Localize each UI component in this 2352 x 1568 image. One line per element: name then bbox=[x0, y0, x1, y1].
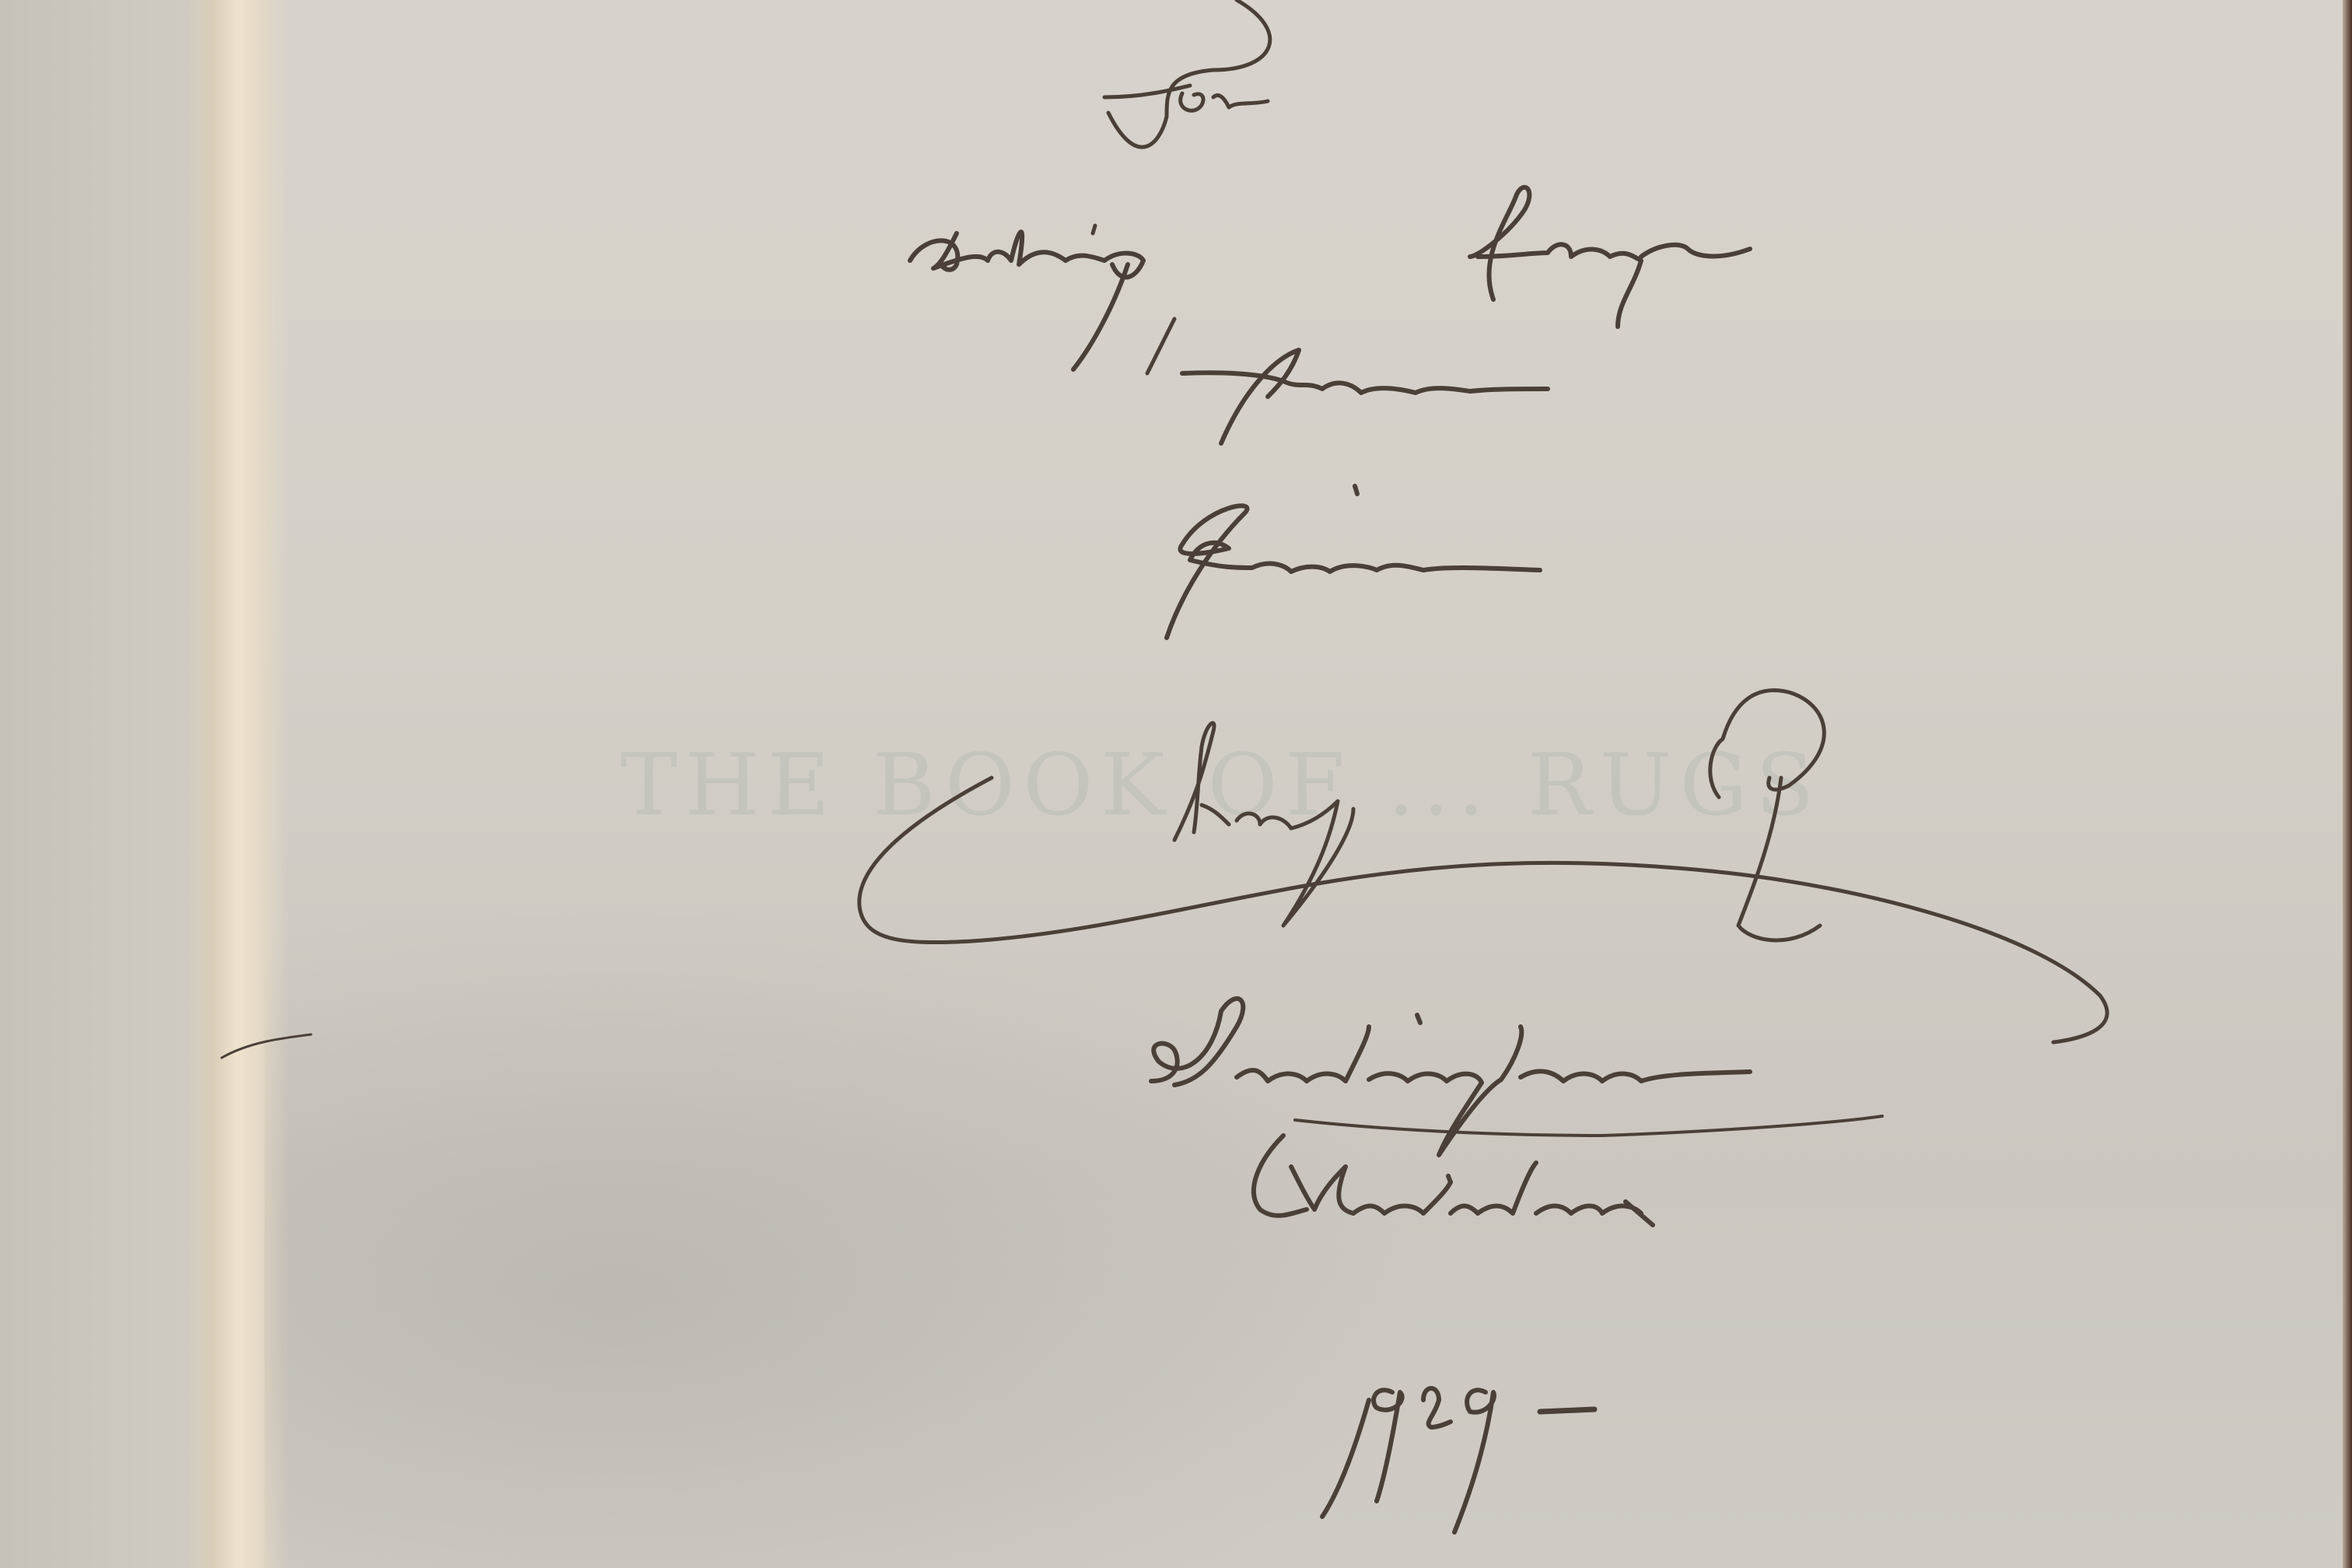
inscription-line-for: For bbox=[1104, 47, 1209, 127]
signature: Mary R bbox=[1167, 747, 1378, 827]
inscription-line-dedication: For darling George bbox=[910, 202, 1464, 282]
inscription-year: 1929 – bbox=[1322, 1392, 1515, 1472]
inscription-place: Sandringham bbox=[1151, 1027, 1528, 1107]
inscription-occasion: Christmas bbox=[1260, 1159, 1548, 1239]
inscription-line-grannie: Grannie bbox=[1167, 513, 1400, 593]
inscription-line-from: from bbox=[1182, 342, 1312, 422]
